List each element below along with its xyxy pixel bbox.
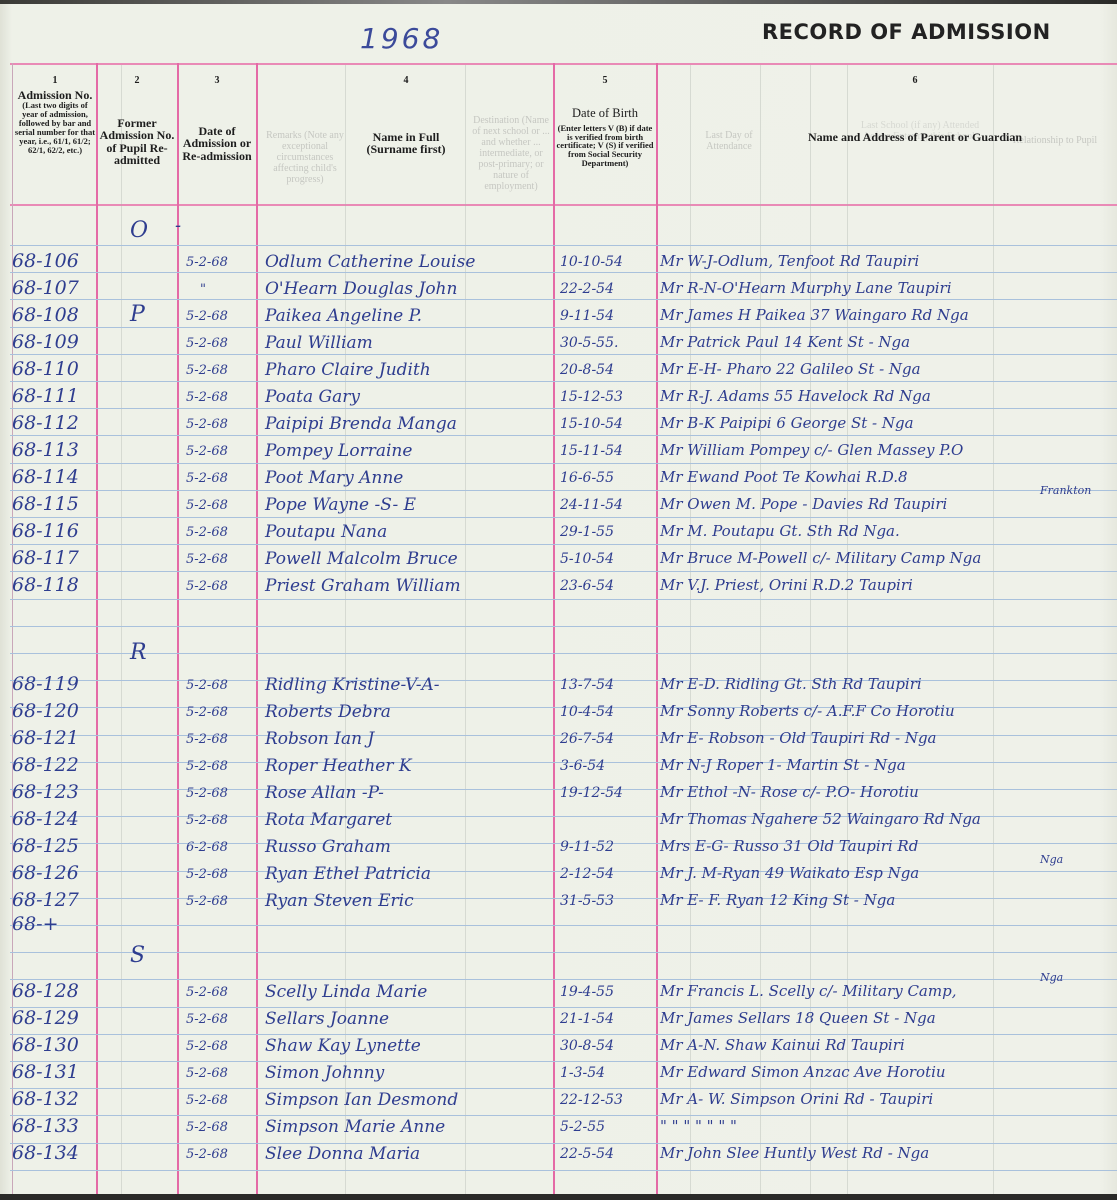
admission-date: 6-2-68 <box>186 840 228 855</box>
header-number: 4 <box>260 76 552 87</box>
admission-number: 68-125 <box>12 835 79 857</box>
ruled-line <box>10 626 1117 627</box>
parent-guardian: Mr Ethol -N- Rose c/- P.O- Horotiu <box>660 783 919 801</box>
admission-number: 68-131 <box>12 1061 79 1083</box>
ghost-line <box>465 65 466 1200</box>
admission-date: 5-2-68 <box>186 1120 228 1135</box>
admission-date: 5-2-68 <box>186 390 228 405</box>
ruled-line <box>10 327 1117 328</box>
header-note: (Enter letters V (B) if date is verified… <box>556 124 654 169</box>
admission-number: 68-132 <box>12 1088 79 1110</box>
pupil-name: Odlum Catherine Louise <box>265 252 475 272</box>
ruled-line <box>10 245 1117 246</box>
pupil-name: Paikea Angeline P. <box>265 306 422 326</box>
date-of-birth: 2-12-54 <box>560 866 614 882</box>
date-of-birth: 9-11-52 <box>560 839 614 855</box>
header-label: Former Admission No. of Pupil Re-admitte… <box>98 117 176 167</box>
date-of-birth: 23-6-54 <box>560 578 614 594</box>
admission-date: 5-2-68 <box>186 1066 228 1081</box>
ruled-line <box>10 1088 1117 1089</box>
pupil-name: Poot Mary Anne <box>265 468 403 488</box>
parent-guardian: Mr Ewand Poot Te Kowhai R.D.8 <box>660 468 908 486</box>
admission-date: 5-2-68 <box>186 985 228 1000</box>
column-divider <box>656 63 658 1200</box>
admission-date: 5-2-68 <box>186 363 228 378</box>
ruled-line <box>10 925 1117 926</box>
column-divider <box>96 63 98 1200</box>
admission-number: 68-133 <box>12 1115 79 1137</box>
ruled-line <box>10 1115 1117 1116</box>
parent-guardian: Mr B-K Paipipi 6 George St - Nga <box>660 414 914 432</box>
admission-number: 68-129 <box>12 1007 79 1029</box>
pupil-name: Poata Gary <box>265 387 360 407</box>
parent-guardian: Mr E-D. Ridling Gt. Sth Rd Taupiri <box>660 675 922 693</box>
ruled-line <box>10 272 1117 273</box>
parent-guardian: Mr V.J. Priest, Orini R.D.2 Taupiri <box>660 576 913 594</box>
admission-date: 5-2-68 <box>186 732 228 747</box>
admission-number: 68-119 <box>12 673 79 695</box>
ruled-line <box>10 1170 1117 1171</box>
admission-number: 68-116 <box>12 520 79 542</box>
admission-date: 5-2-68 <box>186 867 228 882</box>
ghost-line <box>121 65 122 1200</box>
admission-number: 68-107 <box>12 277 79 299</box>
header-parent-guardian: 6 Name and Address of Parent or Guardian <box>780 76 1050 143</box>
pupil-name: Poutapu Nana <box>265 522 387 542</box>
pupil-name: Simpson Ian Desmond <box>265 1090 458 1110</box>
pupil-name: Robson Ian J <box>265 729 374 749</box>
admission-date: 5-2-68 <box>186 498 228 513</box>
header-number: 2 <box>98 76 176 87</box>
pupil-name: Slee Donna Maria <box>265 1144 420 1164</box>
ruled-line <box>10 517 1117 518</box>
admission-date: 5-2-68 <box>186 444 228 459</box>
pupil-name: Pompey Lorraine <box>265 441 412 461</box>
parent-guardian: Mr E- Robson - Old Taupiri Rd - Nga <box>660 729 937 747</box>
admission-date: 5-2-68 <box>186 813 228 828</box>
pupil-name: Ridling Kristine-V-A- <box>265 675 439 695</box>
column-divider <box>256 63 258 1200</box>
parent-guardian: Mr E-H- Pharo 22 Galileo St - Nga <box>660 360 921 378</box>
admission-number: 68-117 <box>12 547 79 569</box>
parent-guardian: " " " " " " " <box>660 1117 737 1135</box>
date-of-birth: 29-1-55 <box>560 524 614 540</box>
pupil-name: Roberts Debra <box>265 702 391 722</box>
admission-number: 68-115 <box>12 493 79 515</box>
admission-date: 5-2-68 <box>186 552 228 567</box>
pupil-name: Rose Allan -P- <box>265 783 384 803</box>
margin-line <box>12 63 13 1200</box>
ghost-line <box>690 65 691 1200</box>
ruled-line <box>10 544 1117 545</box>
admission-number: 68-127 <box>12 889 79 911</box>
admission-number: 68-122 <box>12 754 79 776</box>
admission-number: 68-134 <box>12 1142 79 1164</box>
admission-date: " <box>200 282 206 297</box>
ghost-header-last-day: Last Day of Attendance <box>700 130 758 152</box>
pupil-name: Shaw Kay Lynette <box>265 1036 421 1056</box>
parent-guardian: Mr M. Poutapu Gt. Sth Rd Nga. <box>660 522 900 540</box>
date-of-birth: 13-7-54 <box>560 677 614 693</box>
parent-guardian: Mr J. M-Ryan 49 Waikato Esp Nga <box>660 864 919 882</box>
pupil-name: Rota Margaret <box>265 810 392 830</box>
admission-number: 68-112 <box>12 412 79 434</box>
admission-date: 5-2-68 <box>186 894 228 909</box>
parent-guardian-note: Nga <box>1040 971 1063 984</box>
date-of-birth: 22-5-54 <box>560 1146 614 1162</box>
pupil-name: Powell Malcolm Bruce <box>265 549 458 569</box>
admission-number: 68-130 <box>12 1034 79 1056</box>
parent-guardian: Mr Bruce M-Powell c/- Military Camp Nga <box>660 549 981 567</box>
pupil-name: Priest Graham William <box>265 576 461 596</box>
section-letter-p: P <box>130 302 145 327</box>
pupil-name: Paipipi Brenda Manga <box>265 414 457 434</box>
pupil-name: Paul William <box>265 333 373 353</box>
admission-date: 5-2-68 <box>186 579 228 594</box>
header-number: 5 <box>556 76 654 87</box>
admission-date: 5-2-68 <box>186 1039 228 1054</box>
ruled-line <box>10 1143 1117 1144</box>
pupil-name: Ryan Steven Eric <box>265 891 414 911</box>
date-of-birth: 3-6-54 <box>560 758 605 774</box>
admission-date: 5-2-68 <box>186 525 228 540</box>
ruled-line <box>10 299 1117 300</box>
section-letter-o: O <box>130 218 148 243</box>
parent-guardian: Mr N-J Roper 1- Martin St - Nga <box>660 756 906 774</box>
admission-date: 5-2-68 <box>186 309 228 324</box>
admission-number: 68-108 <box>12 304 79 326</box>
admission-number: 68-111 <box>12 385 79 407</box>
header-label: Name and Address of Parent or Guardian <box>780 131 1050 144</box>
admission-date: 5-2-68 <box>186 471 228 486</box>
admission-date: 5-2-68 <box>186 336 228 351</box>
handwritten-year: 1968 <box>360 22 443 55</box>
ruled-line <box>10 653 1117 654</box>
admission-date: 5-2-68 <box>186 1093 228 1108</box>
section-letter-r: R <box>130 640 147 665</box>
pupil-name: O'Hearn Douglas John <box>265 279 457 299</box>
admission-date: 5-2-68 <box>186 255 228 270</box>
parent-guardian: Mr R-N-O'Hearn Murphy Lane Taupiri <box>660 279 952 297</box>
parent-guardian: Mr E- F. Ryan 12 King St - Nga <box>660 891 895 909</box>
section-dash: - <box>175 215 181 236</box>
ruled-line <box>10 599 1117 600</box>
date-of-birth: 10-4-54 <box>560 704 614 720</box>
date-of-birth: 24-11-54 <box>560 497 623 513</box>
date-of-birth: 15-12-53 <box>560 389 623 405</box>
ruled-line <box>10 463 1117 464</box>
admission-date: 5-2-68 <box>186 786 228 801</box>
date-of-birth: 30-8-54 <box>560 1038 614 1054</box>
header-label: Date of Birth <box>556 107 654 120</box>
pupil-name: Russo Graham <box>265 837 391 857</box>
page-top-edge <box>0 0 1117 4</box>
date-of-birth: 26-7-54 <box>560 731 614 747</box>
parent-guardian: Mr William Pompey c/- Glen Massey P.O <box>660 441 963 459</box>
date-of-birth: 1-3-54 <box>560 1065 605 1081</box>
parent-guardian: Mr A- W. Simpson Orini Rd - Taupiri <box>660 1090 933 1108</box>
header-note: (Last two digits of year of admission, f… <box>14 101 96 155</box>
ruled-line <box>10 435 1117 436</box>
header-date-of-admission: 3 Date of Admission or Re-admission <box>179 76 255 162</box>
admission-date: 5-2-68 <box>186 678 228 693</box>
parent-guardian: Mr Owen M. Pope - Davies Rd Taupiri <box>660 495 947 513</box>
parent-guardian: Mr W-J-Odlum, Tenfoot Rd Taupiri <box>660 252 919 270</box>
column-divider <box>553 63 555 1200</box>
ghost-line <box>847 65 848 1200</box>
date-of-birth: 30-5-55. <box>560 335 618 351</box>
ruled-line <box>10 1007 1117 1008</box>
date-of-birth: 31-5-53 <box>560 893 614 909</box>
parent-guardian: Mr Thomas Ngahere 52 Waingaro Rd Nga <box>660 810 981 828</box>
parent-guardian-note: Nga <box>1040 853 1063 866</box>
ghost-line <box>993 65 994 1200</box>
date-of-birth: 22-12-53 <box>560 1092 623 1108</box>
ruled-line <box>10 979 1117 980</box>
admission-number: 68-123 <box>12 781 79 803</box>
ruled-line <box>10 571 1117 572</box>
pupil-name: Scelly Linda Marie <box>265 982 427 1002</box>
parent-guardian: Mr Edward Simon Anzac Ave Horotiu <box>660 1063 946 1081</box>
ruled-line <box>10 408 1117 409</box>
parent-guardian: Mrs E-G- Russo 31 Old Taupiri Rd <box>660 837 918 855</box>
parent-guardian: Mr James Sellars 18 Queen St - Nga <box>660 1009 936 1027</box>
admission-number: 68-114 <box>12 466 79 488</box>
admission-number: 68-121 <box>12 727 79 749</box>
admission-date: 5-2-68 <box>186 759 228 774</box>
ruled-line <box>10 381 1117 382</box>
date-of-birth: 22-2-54 <box>560 281 614 297</box>
admission-number: 68-+ <box>12 913 59 935</box>
parent-guardian: Mr Sonny Roberts c/- A.F.F Co Horotiu <box>660 702 955 720</box>
admission-number: 68-106 <box>12 250 79 272</box>
header-label: Date of Admission or Re-admission <box>179 125 255 163</box>
parent-guardian: Mr R-J. Adams 55 Havelock Rd Nga <box>660 387 931 405</box>
date-of-birth: 9-11-54 <box>560 308 614 324</box>
ghost-line <box>760 65 761 1200</box>
header-name-in-full: 4 Name in Full (Surname first) <box>260 76 552 156</box>
admission-number: 68-109 <box>12 331 79 353</box>
header-number: 6 <box>780 76 1050 87</box>
header-number: 3 <box>179 76 255 87</box>
admission-date: 5-2-68 <box>186 417 228 432</box>
admission-number: 68-120 <box>12 700 79 722</box>
admission-number: 68-126 <box>12 862 79 884</box>
admission-number: 68-118 <box>12 574 79 596</box>
date-of-birth: 19-4-55 <box>560 984 614 1000</box>
date-of-birth: 16-6-55 <box>560 470 614 486</box>
date-of-birth: 21-1-54 <box>560 1011 614 1027</box>
admission-register-page: 1968 RECORD OF ADMISSION Remarks (Note a… <box>0 0 1117 1200</box>
page-bottom-edge <box>0 1194 1117 1200</box>
header-admission-no: 1 Admission No. (Last two digits of year… <box>14 76 96 155</box>
admission-date: 5-2-68 <box>186 1147 228 1162</box>
ruled-line <box>10 1061 1117 1062</box>
header-former-admission: 2 Former Admission No. of Pupil Re-admit… <box>98 76 176 167</box>
admission-number: 68-124 <box>12 808 79 830</box>
pupil-name: Pharo Claire Judith <box>265 360 431 380</box>
admission-date: 5-2-68 <box>186 1012 228 1027</box>
date-of-birth: 5-2-55 <box>560 1119 605 1135</box>
parent-guardian: Mr John Slee Huntly West Rd - Nga <box>660 1144 929 1162</box>
date-of-birth: 5-10-54 <box>560 551 614 567</box>
date-of-birth: 19-12-54 <box>560 785 623 801</box>
ruled-line <box>10 354 1117 355</box>
ruled-line <box>10 952 1117 953</box>
date-of-birth: 15-10-54 <box>560 416 623 432</box>
header-date-of-birth: 5 Date of Birth (Enter letters V (B) if … <box>556 76 654 168</box>
header-number: 1 <box>14 76 96 87</box>
pupil-name: Pope Wayne -S- E <box>265 495 416 515</box>
admission-number: 68-128 <box>12 980 79 1002</box>
admission-date: 5-2-68 <box>186 705 228 720</box>
pupil-name: Simon Johnny <box>265 1063 384 1083</box>
date-of-birth: 15-11-54 <box>560 443 623 459</box>
parent-guardian: Mr Francis L. Scelly c/- Military Camp, <box>660 982 956 1000</box>
section-letter-s: S <box>130 943 145 968</box>
ruled-line <box>10 490 1117 491</box>
parent-guardian: Mr A-N. Shaw Kainui Rd Taupiri <box>660 1036 905 1054</box>
admission-number: 68-110 <box>12 358 79 380</box>
date-of-birth: 20-8-54 <box>560 362 614 378</box>
pupil-name: Sellars Joanne <box>265 1009 389 1029</box>
parent-guardian: Mr James H Paikea 37 Waingaro Rd Nga <box>660 306 969 324</box>
parent-guardian: Mr Patrick Paul 14 Kent St - Nga <box>660 333 910 351</box>
pupil-name: Roper Heather K <box>265 756 412 776</box>
pupil-name: Ryan Ethel Patricia <box>265 864 431 884</box>
date-of-birth: 10-10-54 <box>560 254 623 270</box>
ghost-line <box>810 65 811 1200</box>
ghost-line <box>345 65 346 1200</box>
admission-number: 68-113 <box>12 439 79 461</box>
header-note: (Surname first) <box>260 143 552 156</box>
ruled-line <box>10 1034 1117 1035</box>
pupil-name: Simpson Marie Anne <box>265 1117 445 1137</box>
page-title: RECORD OF ADMISSION <box>762 20 1051 44</box>
parent-guardian-note: Frankton <box>1040 484 1091 497</box>
